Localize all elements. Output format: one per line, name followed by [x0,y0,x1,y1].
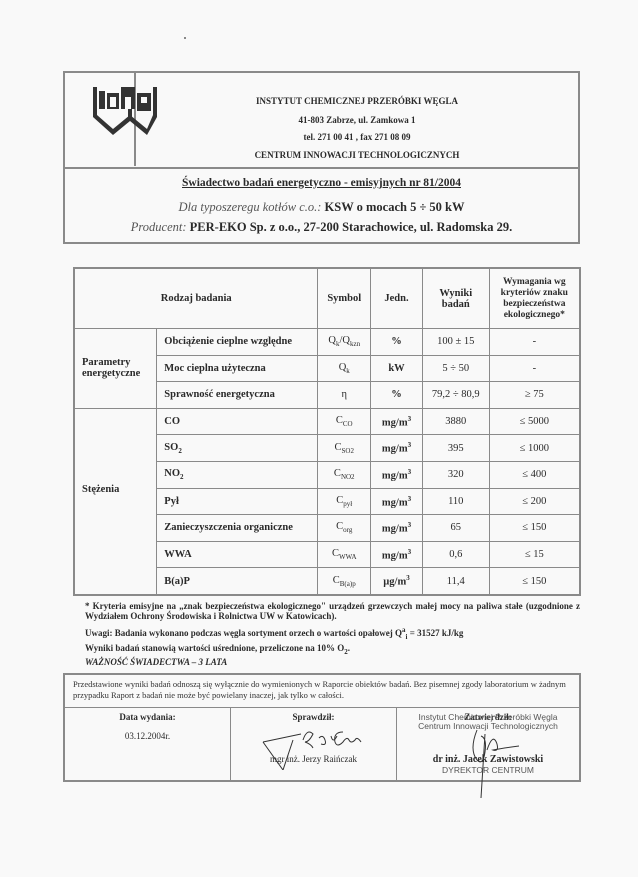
row-result: 79,2 ÷ 80,9 [422,382,489,409]
row-requirement: ≤ 150 [489,515,580,542]
row-unit: mg/m3 [371,488,423,515]
disclaimer-text: Przedstawione wyniki badań odnoszą się w… [65,675,579,708]
institute-center: CENTRUM INNOWACJI TECHNOLOGICZNYCH [136,150,578,160]
row-unit: mg/m3 [371,408,423,435]
row-name-text: Pył [164,496,179,507]
symbol-text: C [333,575,340,586]
row-unit: mg/m3 [371,435,423,462]
row-requirement: - [489,329,580,356]
unit-text: mg/m [382,524,408,535]
institute-address: 41-803 Zabrze, ul. Zamkowa 1 [136,115,578,125]
row-result: 395 [422,435,489,462]
symbol-text-sub: SO2 [342,447,354,455]
symbol-text-sub: CO [343,420,353,428]
symbol-text: C [336,415,343,426]
logo-cell [65,73,136,166]
unit-sup: 3 [408,521,412,529]
averaged-text: Wyniki badań stanowią wartości uśrednion… [85,643,344,653]
row-name: NO2 [157,461,318,488]
row-unit: µg/m3 [371,568,423,595]
averaged-note: Wyniki badań stanowią wartości uśrednion… [85,643,350,656]
symbol-text: C [334,468,341,479]
approved-by-cell: Zatwierdził: Instytut Chemicznej Przerób… [397,708,579,780]
row-unit: mg/m3 [371,515,423,542]
institute-phone: tel. 271 00 41 , fax 271 08 09 [136,132,578,142]
row-unit: mg/m3 [371,541,423,568]
row-unit: mg/m3 [371,461,423,488]
row-requirement: ≤ 5000 [489,408,580,435]
row-name-text: Obciążenie cieplne względne [164,336,292,347]
unit-sup: 3 [408,548,412,556]
row-name-text: SO [164,442,178,453]
table-header-row: Rodzaj badania Symbol Jedn. Wyniki badań… [74,268,580,329]
approved-by-name: dr inż. Jacek Zawistowski [397,754,579,765]
averaged-suffix: . [348,643,350,653]
institute-info: INSTYTUT CHEMICZNEJ PRZERÓBKI WĘGLA 41-8… [136,73,578,166]
row-result: 320 [422,461,489,488]
row-name-text: Sprawność energetyczna [164,389,275,400]
symbol-text-sub: pył [343,500,352,508]
row-name: CO [157,408,318,435]
unit-sup: 3 [408,468,412,476]
unit-text: mg/m [382,550,408,561]
symbol-text: C [332,548,339,559]
table-row: Parametry energetyczneObciążenie cieplne… [74,329,580,356]
remarks-value: = 31527 kJ/kg [407,628,463,638]
remarks-text: Uwagi: Badania wykonano podczas węgla so… [85,628,402,638]
unit-sup: 3 [408,415,412,423]
unit-text: kW [388,363,404,374]
row-name-text-sub: 2 [180,473,184,481]
unit-text: µg/m [383,577,406,588]
row-result: 5 ÷ 50 [422,355,489,382]
unit-text: % [391,389,402,400]
producer-line: Producent: PER-EKO Sp. z o.o., 27-200 St… [65,220,578,235]
symbol-text-sub: org [343,527,352,535]
certificate-box: Świadectwo badań energetyczno - emisyjny… [63,167,580,244]
row-unit: kW [371,355,423,382]
symbol-text: C [335,442,342,453]
row-requirement: - [489,355,580,382]
row-symbol: CWWA [318,541,371,568]
series-value: KSW o mocach 5 ÷ 50 kW [325,200,465,214]
row-symbol: Cpył [318,488,371,515]
row-unit: % [371,382,423,409]
producer-value: PER-EKO Sp. z o.o., 27-200 Starachowice,… [190,220,513,234]
row-name: Pył [157,488,318,515]
unit-text: mg/m [382,471,408,482]
certificate-title: Świadectwo badań energetyczno - emisyjny… [65,177,578,189]
row-result: 0,6 [422,541,489,568]
row-result: 110 [422,488,489,515]
row-result: 100 ± 15 [422,329,489,356]
row-name: Moc cieplna użyteczna [157,355,318,382]
row-name-text: Zanieczyszczenia organiczne [164,522,293,533]
row-requirement: ≤ 200 [489,488,580,515]
row-result: 65 [422,515,489,542]
row-symbol: Qk [318,355,371,382]
results-table: Rodzaj badania Symbol Jedn. Wyniki badań… [73,267,581,596]
row-name-text: WWA [164,549,191,560]
checked-by-cell: Sprawdził: mgr inż. Jerzy Raińczak [231,708,397,780]
scan-speck [184,37,186,39]
group-label: Stężenia [74,408,157,595]
header-requirements: Wymagania wg kryteriów znaku bezpieczeńs… [489,268,580,329]
approved-by-title: DYREKTOR CENTRUM [397,766,579,775]
symbol-extra: /Q [339,335,350,346]
row-name: Zanieczyszczenia organiczne [157,515,318,542]
unit-sup: 3 [408,441,412,449]
row-result: 3880 [422,408,489,435]
series-label: Dla typoszeregu kotłów c.o.: [178,200,321,214]
row-result: 11,4 [422,568,489,595]
producer-label: Producent: [131,220,187,234]
symbol-text: Q [328,335,336,346]
remarks: Uwagi: Badania wykonano podczas węgla so… [85,626,463,641]
issue-date: 03.12.2004r. [65,731,230,741]
symbol-text-sub: k [346,367,350,375]
row-name-text: B(a)P [164,576,190,587]
issue-date-cell: Data wydania: 03.12.2004r. [65,708,231,780]
row-name-text: CO [164,416,180,427]
group-label: Parametry energetyczne [74,329,157,409]
unit-text: mg/m [382,444,408,455]
series-line: Dla typoszeregu kotłów c.o.: KSW o mocac… [65,200,578,215]
issue-date-label: Data wydania: [65,712,230,722]
table-row: StężeniaCOCCOmg/m33880≤ 5000 [74,408,580,435]
row-name-text: NO [164,468,180,479]
row-symbol: Qk/Qkzn [318,329,371,356]
symbol-text-sub: B(a)p [340,580,356,588]
unit-text: % [391,336,402,347]
header-test-type: Rodzaj badania [74,268,318,329]
header-unit: Jedn. [371,268,423,329]
row-symbol: CB(a)p [318,568,371,595]
unit-sup: 3 [408,495,412,503]
row-symbol: Corg [318,515,371,542]
footnote: * Kryteria emisyjne na „znak bezpieczeńs… [85,601,580,621]
header-results: Wyniki badań [422,268,489,329]
row-symbol: η [318,382,371,409]
disclaimer-box: Przedstawione wyniki badań odnoszą się w… [63,673,581,782]
row-symbol: CNO2 [318,461,371,488]
row-unit: % [371,329,423,356]
institute-name: INSTYTUT CHEMICZNEJ PRZERÓBKI WĘGLA [136,96,578,106]
row-requirement: ≤ 1000 [489,435,580,462]
row-name: SO2 [157,435,318,462]
row-requirement: ≤ 15 [489,541,580,568]
row-name: Sprawność energetyczna [157,382,318,409]
row-requirement: ≤ 150 [489,568,580,595]
unit-text: mg/m [382,417,408,428]
symbol-extra-sub: kzn [350,340,360,348]
symbol-text-sub: WWA [339,553,357,561]
row-name-text-sub: 2 [178,447,182,455]
checked-by-name: mgr inż. Jerzy Raińczak [231,754,396,764]
row-symbol: CSO2 [318,435,371,462]
row-requirement: ≤ 400 [489,461,580,488]
unit-sup: 3 [406,574,410,582]
row-symbol: CCO [318,408,371,435]
unit-text: mg/m [382,497,408,508]
row-requirement: ≥ 75 [489,382,580,409]
institute-header: INSTYTUT CHEMICZNEJ PRZERÓBKI WĘGLA 41-8… [63,71,580,168]
validity-note: WAŻNOŚĆ ŚWIADECTWA – 3 LATA [85,657,227,667]
row-name: B(a)P [157,568,318,595]
row-name: Obciążenie cieplne względne [157,329,318,356]
symbol-text-sub: NO2 [341,473,355,481]
row-name: WWA [157,541,318,568]
symbol-text: η [341,389,347,400]
header-symbol: Symbol [318,268,371,329]
row-name-text: Moc cieplna użyteczna [164,363,265,374]
